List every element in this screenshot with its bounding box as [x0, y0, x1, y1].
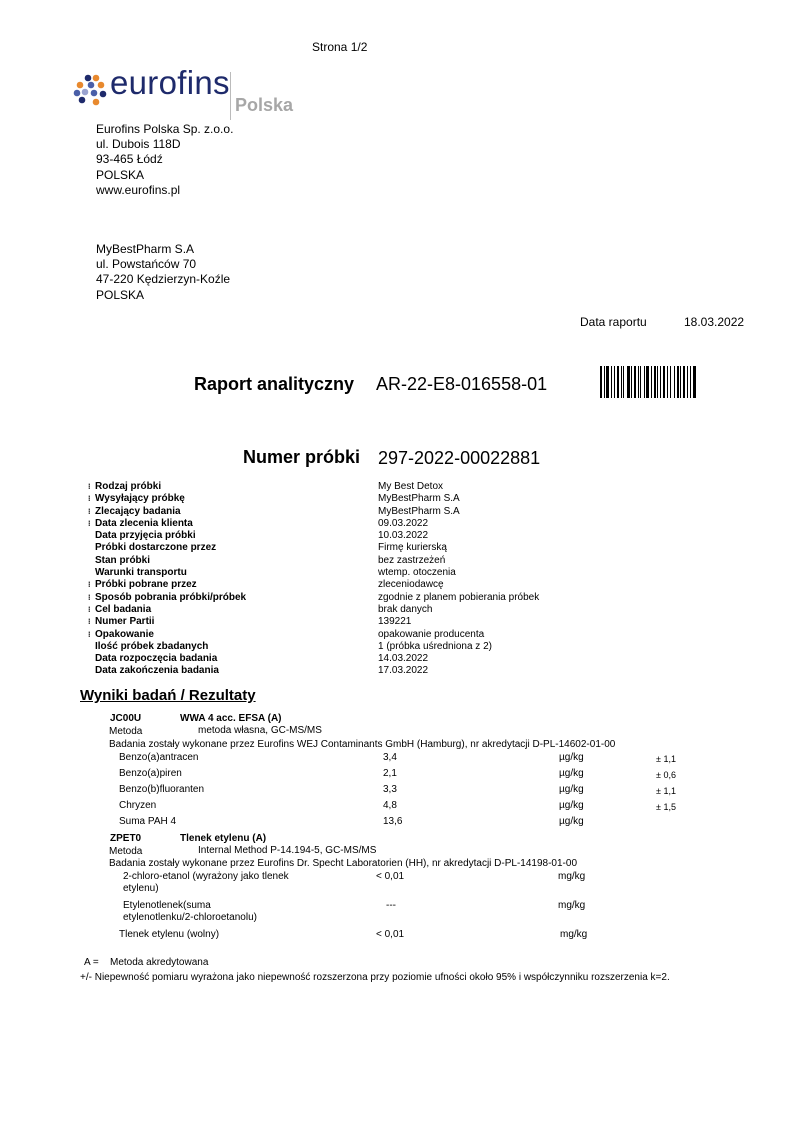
- analyte-uncertainty: ± 1,1: [656, 786, 676, 796]
- info-value: zgodnie z planem pobierania próbek: [378, 592, 539, 604]
- info-value: zleceniodawcę: [378, 579, 444, 591]
- section-name: WWA 4 acc. EFSA (A): [180, 713, 282, 724]
- info-label: Opakowanie: [95, 629, 154, 641]
- info-marker: ⁝: [88, 506, 91, 518]
- info-label: Zlecający badania: [95, 506, 181, 518]
- info-label: Data przyjęcia próbki: [95, 530, 196, 542]
- analyte-unit: mg/kg: [558, 871, 585, 882]
- info-label: Numer Partii: [95, 616, 154, 628]
- analyte-name: Etylenotlenek(suma: [123, 900, 211, 911]
- info-value: 09.03.2022: [378, 518, 428, 530]
- analyte-name: 2-chloro-etanol (wyrażony jako tlenek: [123, 871, 289, 882]
- info-marker: ⁝: [88, 493, 91, 505]
- info-marker: ⁝: [88, 604, 91, 616]
- sender-address: Eurofins Polska Sp. z.o.o. ul. Dubois 11…: [96, 122, 233, 198]
- info-label: Próbki dostarczone przez: [95, 542, 216, 554]
- info-label: Cel badania: [95, 604, 151, 616]
- info-marker: ⁝: [88, 592, 91, 604]
- info-value: 17.03.2022: [378, 665, 428, 677]
- method-value: metoda własna, GC-MS/MS: [198, 725, 322, 736]
- analyte-value: ---: [386, 900, 396, 911]
- info-marker: ⁝: [88, 629, 91, 641]
- method-label: Metoda: [109, 846, 142, 857]
- info-marker: ⁝: [88, 579, 91, 591]
- sender-line: Eurofins Polska Sp. z.o.o.: [96, 122, 233, 137]
- sender-line: ul. Dubois 118D: [96, 137, 233, 152]
- lab-note: Badania zostały wykonane przez Eurofins …: [109, 858, 577, 869]
- info-value: My Best Detox: [378, 481, 443, 493]
- info-value: 139221: [378, 616, 411, 628]
- method-value: Internal Method P-14.194-5, GC-MS/MS: [198, 845, 376, 856]
- analyte-value: 13,6: [383, 816, 402, 827]
- logo-brand: eurofins: [110, 64, 230, 102]
- analyte-unit: µg/kg: [559, 752, 584, 763]
- info-value: bez zastrzeżeń: [378, 555, 445, 567]
- info-value: opakowanie producenta: [378, 629, 484, 641]
- analyte-value: 4,8: [383, 800, 397, 811]
- info-value: 10.03.2022: [378, 530, 428, 542]
- logo-country: Polska: [235, 95, 293, 116]
- analyte-unit: µg/kg: [559, 816, 584, 827]
- info-label: Stan próbki: [95, 555, 150, 567]
- analyte-uncertainty: ± 1,1: [656, 754, 676, 764]
- info-value: wtemp. otoczenia: [378, 567, 456, 579]
- analyte-name: Tlenek etylenu (wolny): [119, 929, 219, 940]
- lab-note: Badania zostały wykonane przez Eurofins …: [109, 739, 615, 750]
- method-label: Metoda: [109, 726, 142, 737]
- recipient-line: 47-220 Kędzierzyn-Koźle: [96, 272, 230, 287]
- info-value: MyBestPharm S.A: [378, 506, 460, 518]
- analyte-name-continued: etylenotlenku/2-chloroetanolu): [123, 912, 257, 923]
- report-id: AR-22-E8-016558-01: [376, 374, 547, 395]
- page-number: Strona 1/2: [312, 40, 367, 54]
- info-label: Rodzaj próbki: [95, 481, 161, 493]
- analyte-name: Suma PAH 4: [119, 816, 176, 827]
- analyte-uncertainty: ± 0,6: [656, 770, 676, 780]
- analyte-uncertainty: ± 1,5: [656, 802, 676, 812]
- analyte-unit: µg/kg: [559, 784, 584, 795]
- recipient-line: MyBestPharm S.A: [96, 242, 230, 257]
- info-label: Data zakończenia badania: [95, 665, 219, 677]
- section-name: Tlenek etylenu (A): [180, 833, 266, 844]
- recipient-line: ul. Powstańców 70: [96, 257, 230, 272]
- analyte-name: Benzo(a)antracen: [119, 752, 199, 763]
- legend-value: Metoda akredytowana: [110, 957, 208, 968]
- report-date: 18.03.2022: [684, 315, 744, 329]
- analyte-value: 3,4: [383, 752, 397, 763]
- info-marker: ⁝: [88, 616, 91, 628]
- analyte-unit: mg/kg: [560, 929, 587, 940]
- analyte-name: Benzo(b)fluoranten: [119, 784, 204, 795]
- eurofins-dots-icon: [72, 73, 108, 109]
- info-marker: ⁝: [88, 518, 91, 530]
- info-label: Ilość próbek zbadanych: [95, 641, 208, 653]
- info-value: MyBestPharm S.A: [378, 493, 460, 505]
- info-value: 1 (próbka uśredniona z 2): [378, 641, 492, 653]
- sender-website: www.eurofins.pl: [96, 183, 233, 198]
- info-label: Sposób pobrania próbki/próbek: [95, 592, 246, 604]
- sender-line: 93-465 Łódź: [96, 152, 233, 167]
- recipient-line: POLSKA: [96, 288, 230, 303]
- analyte-unit: mg/kg: [558, 900, 585, 911]
- analyte-value: 2,1: [383, 768, 397, 779]
- info-value: Firmę kurierską: [378, 542, 447, 554]
- recipient-address: MyBestPharm S.A ul. Powstańców 70 47-220…: [96, 242, 230, 303]
- info-label: Data zlecenia klienta: [95, 518, 193, 530]
- info-label: Próbki pobrane przez: [95, 579, 197, 591]
- analyte-name-continued: etylenu): [123, 883, 159, 894]
- analyte-name: Chryzen: [119, 800, 156, 811]
- legend-key: A =: [84, 957, 99, 968]
- eurofins-logo: eurofins Polska: [72, 70, 312, 120]
- logo-divider: [230, 72, 231, 120]
- info-value: 14.03.2022: [378, 653, 428, 665]
- sender-line: POLSKA: [96, 168, 233, 183]
- info-label: Data rozpoczęcia badania: [95, 653, 217, 665]
- uncertainty-note: +/- Niepewność pomiaru wyrażona jako nie…: [80, 972, 670, 983]
- info-label: Warunki transportu: [95, 567, 187, 579]
- analyte-value: 3,3: [383, 784, 397, 795]
- report-date-label: Data raportu: [580, 315, 647, 329]
- info-label: Wysyłający próbkę: [95, 493, 185, 505]
- section-code: ZPET0: [110, 833, 141, 844]
- report-title: Raport analityczny: [194, 374, 354, 395]
- section-code: JC00U: [110, 713, 141, 724]
- sample-number: 297-2022-00022881: [378, 448, 540, 469]
- analyte-value: < 0,01: [376, 871, 404, 882]
- analyte-unit: µg/kg: [559, 768, 584, 779]
- barcode: [600, 366, 750, 398]
- analyte-name: Benzo(a)piren: [119, 768, 182, 779]
- info-marker: ⁝: [88, 481, 91, 493]
- analyte-value: < 0,01: [376, 929, 404, 940]
- results-heading: Wyniki badań / Rezultaty: [80, 687, 256, 704]
- info-value: brak danych: [378, 604, 432, 616]
- sample-number-label: Numer próbki: [243, 447, 360, 468]
- analyte-unit: µg/kg: [559, 800, 584, 811]
